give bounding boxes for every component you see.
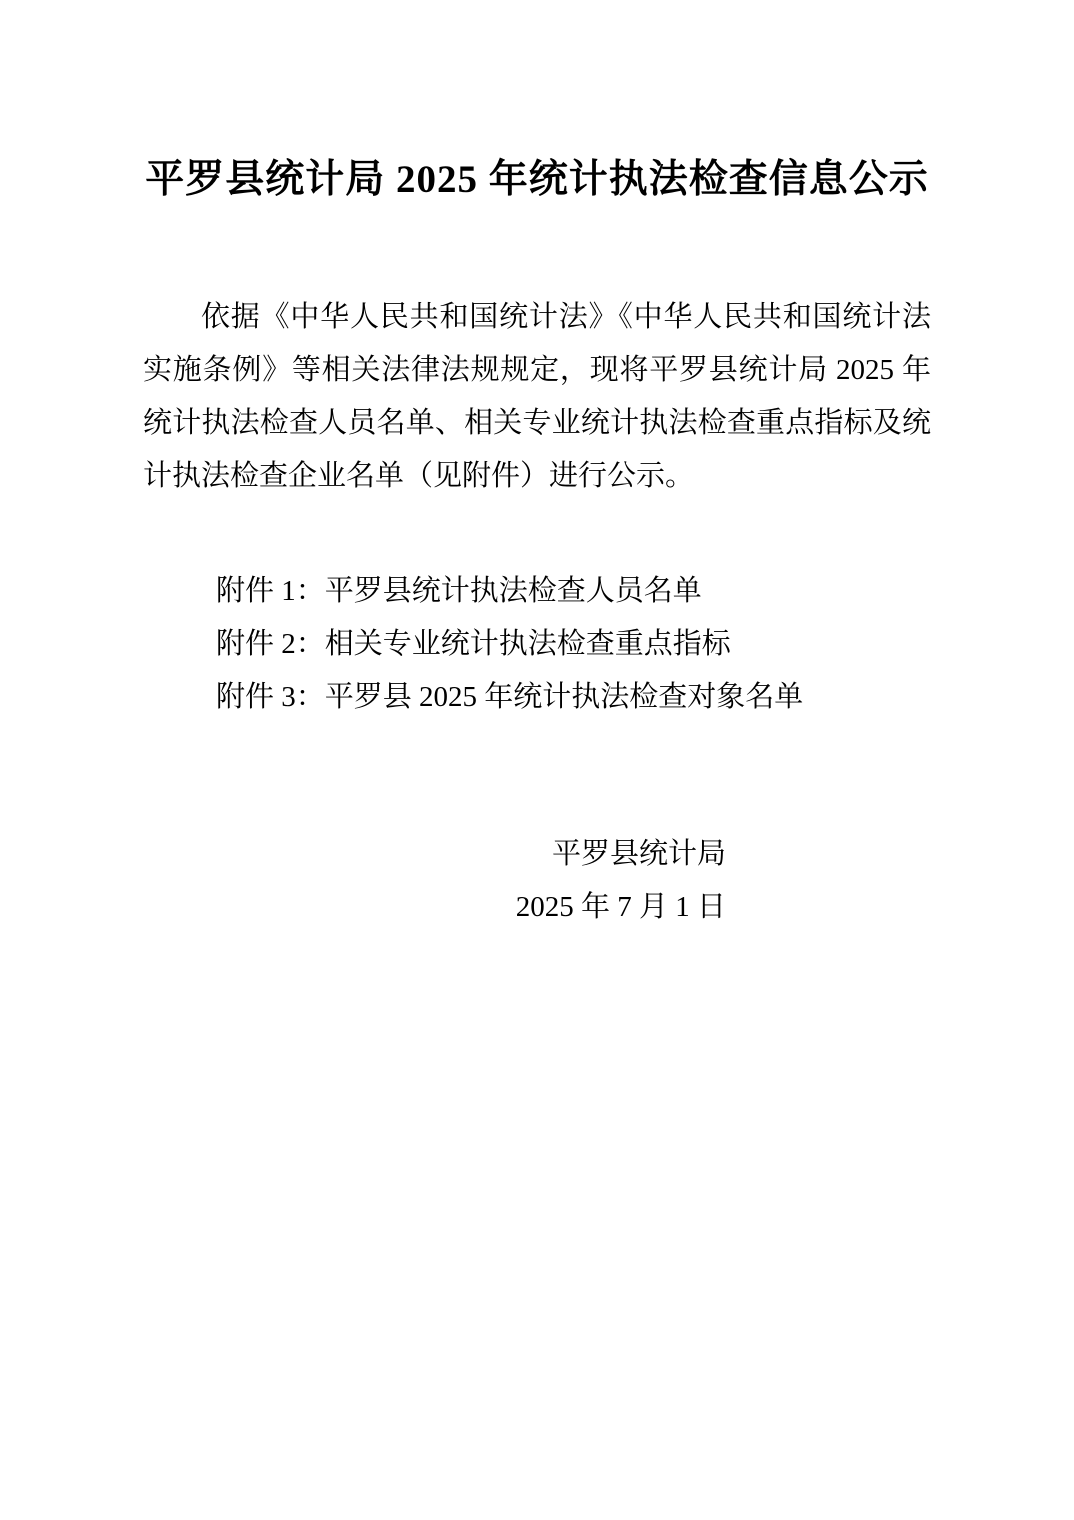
signature-date: 2025 年 7 月 1 日 [143,881,726,934]
attachment-list: 附件 1：平罗县统计执法检查人员名单 附件 2：相关专业统计执法检查重点指标 附… [143,565,931,724]
document-title: 平罗县统计局 2025 年统计执法检查信息公示 [0,152,1074,209]
signature-block: 平罗县统计局 2025 年 7 月 1 日 [143,828,931,934]
signature-org: 平罗县统计局 [143,828,726,881]
attachment-item-1: 附件 1：平罗县统计执法检查人员名单 [216,565,931,618]
body-paragraph: 依据《中华人民共和国统计法》《中华人民共和国统计法实施条例》等相关法律法规规定，… [143,291,931,503]
attachment-item-3: 附件 3：平罗县 2025 年统计执法检查对象名单 [216,671,931,724]
document-body: 依据《中华人民共和国统计法》《中华人民共和国统计法实施条例》等相关法律法规规定，… [0,291,1074,934]
document-page: 平罗县统计局 2025 年统计执法检查信息公示 依据《中华人民共和国统计法》《中… [0,0,1074,1520]
attachment-item-2: 附件 2：相关专业统计执法检查重点指标 [216,618,931,671]
